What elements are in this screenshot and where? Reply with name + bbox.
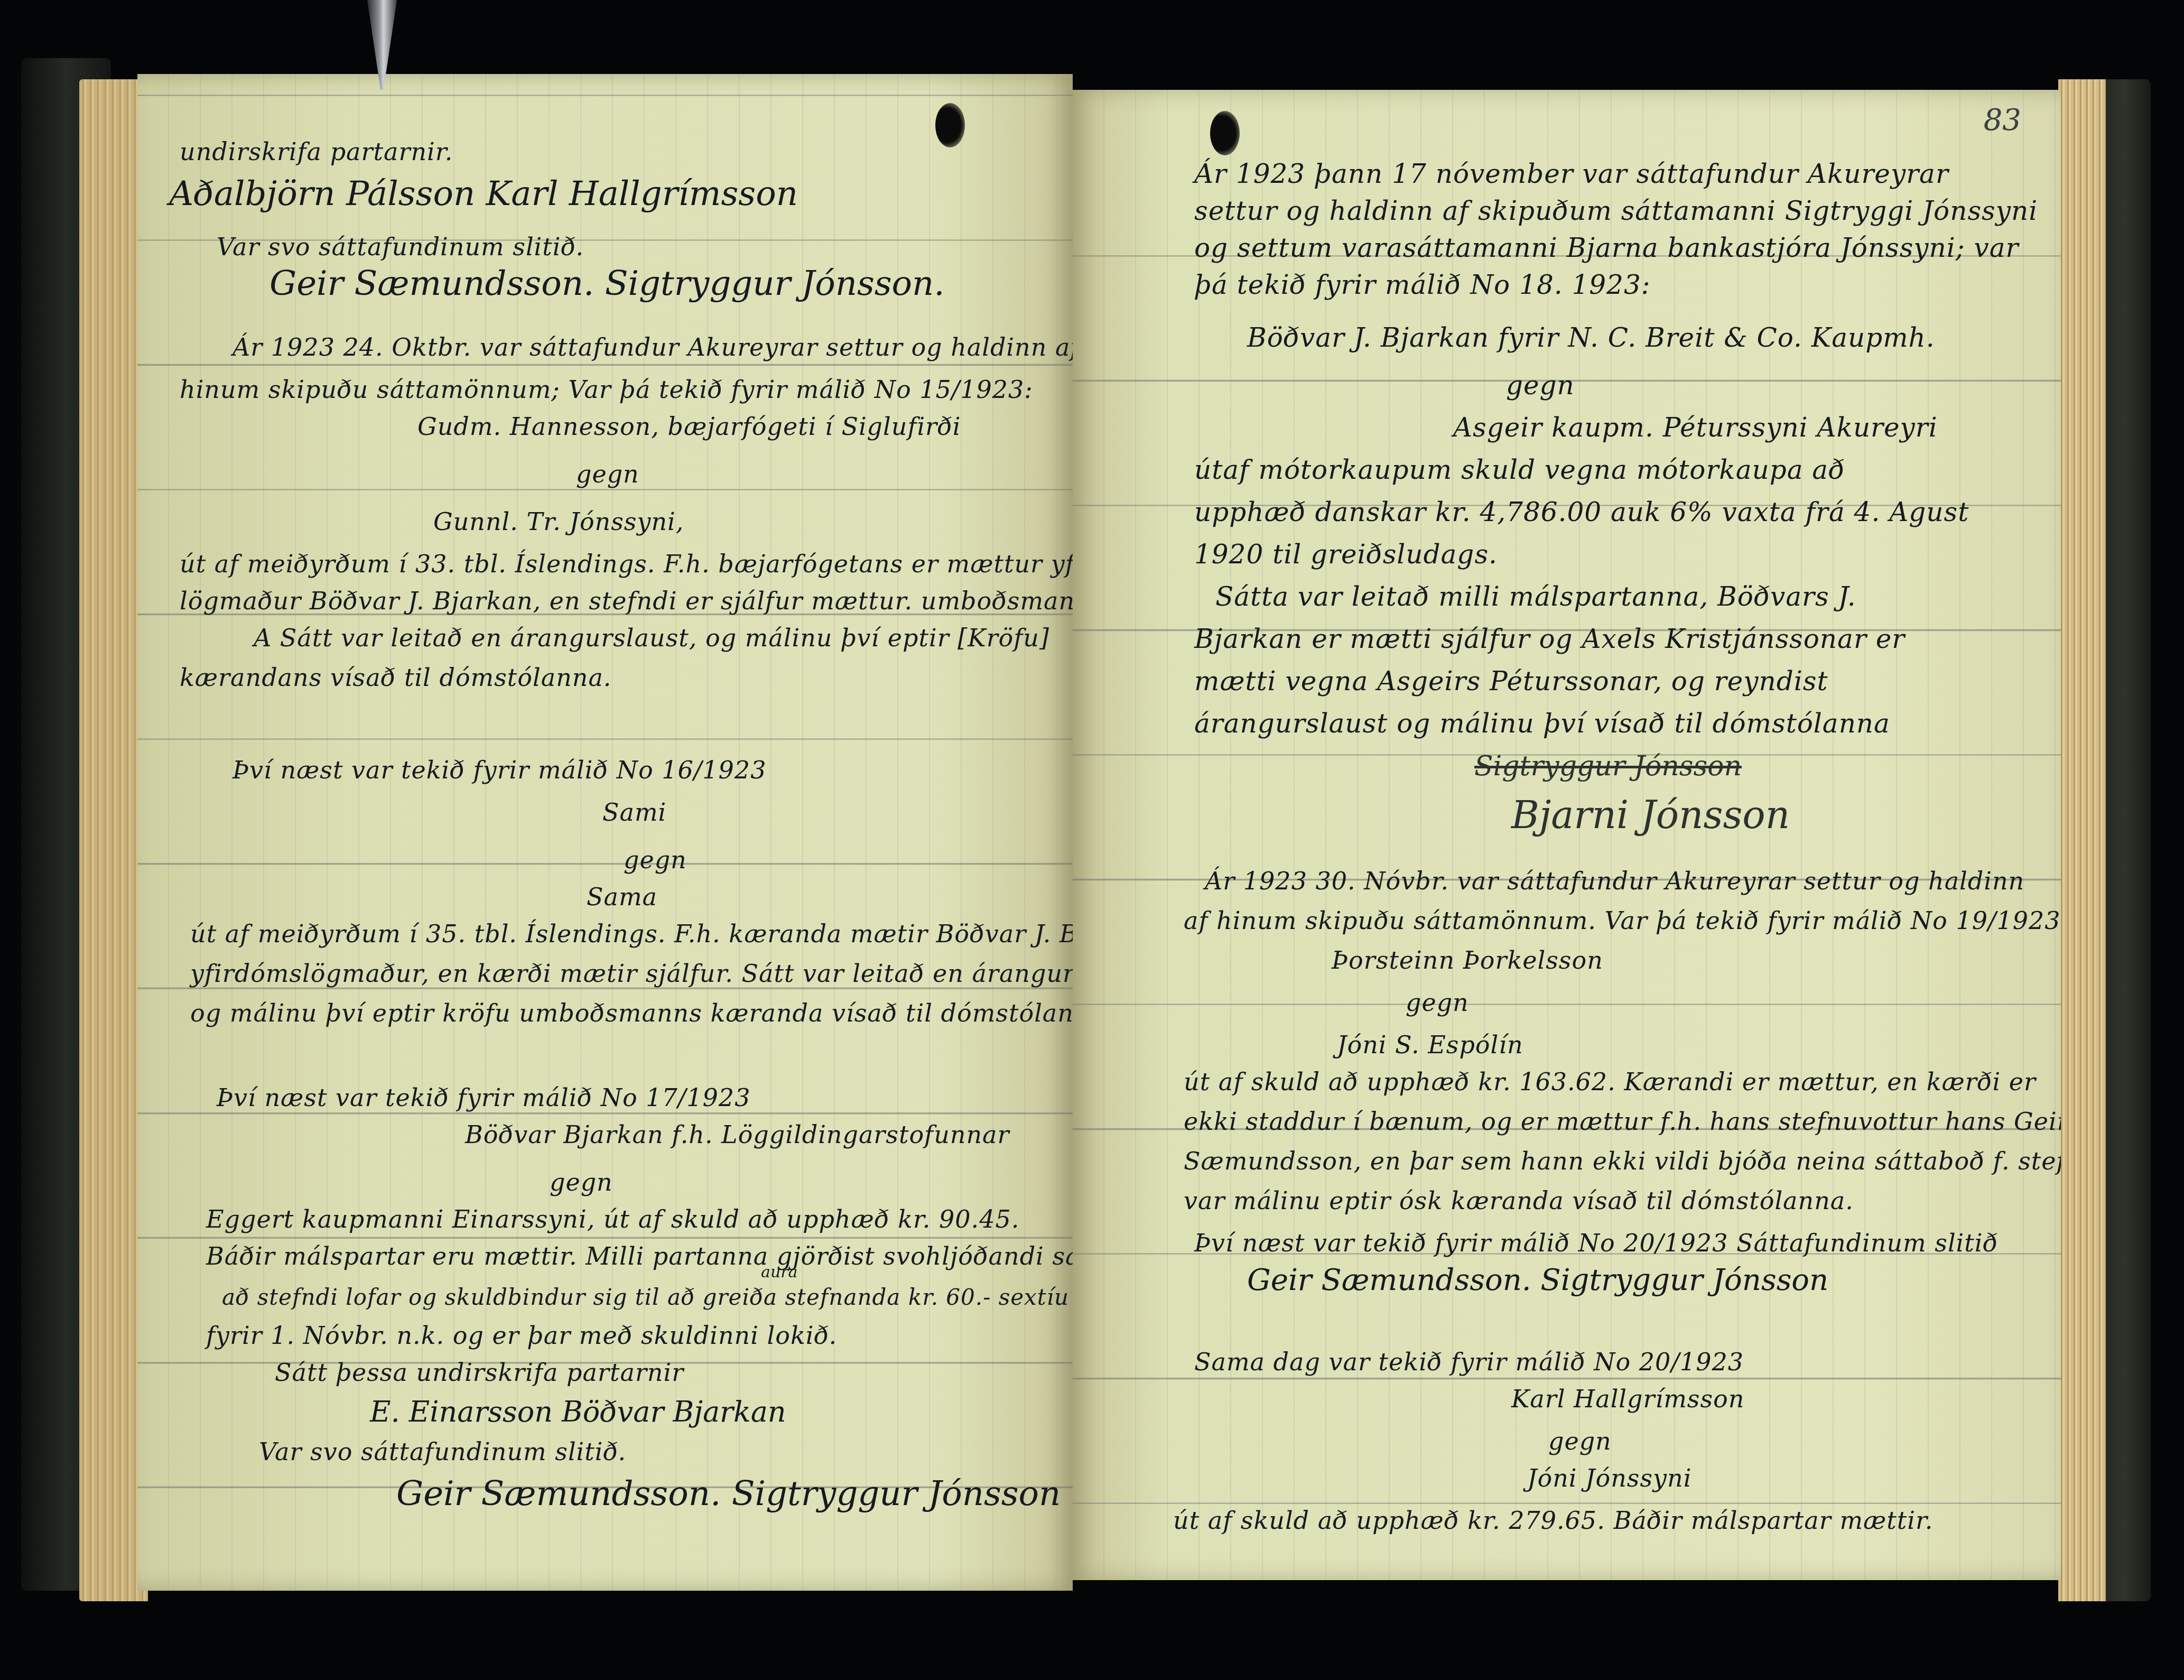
text-line: ekki staddur í bænum, og er mættur f.h. … xyxy=(1184,1107,2061,1136)
text-line: Bjarkan er mætti sjálfur og Axels Kristj… xyxy=(1194,624,1905,654)
text-line: Sami xyxy=(602,798,666,827)
text-line: Böðvar Bjarkan f.h. Löggildingarstofunna… xyxy=(465,1120,1009,1149)
text-line: að stefndi lofar og skuldbindur sig til … xyxy=(222,1284,1073,1310)
text-line: og málinu því eptir kröfu umboðsmanns kæ… xyxy=(190,999,1073,1027)
signature-line: Aðalbjörn Pálsson Karl Hallgrímsson xyxy=(169,174,798,214)
page-number: 83 xyxy=(1984,103,2021,137)
text-line: Þorsteinn Þorkelsson xyxy=(1332,946,1603,974)
signature-struck: Sigtryggur Jónsson xyxy=(1474,750,1742,782)
text-line: Sátt þessa undirskrifa partarnir xyxy=(275,1358,684,1387)
text-line: kærandans vísað til dómstólanna. xyxy=(180,663,611,692)
text-line: Sama xyxy=(587,883,657,911)
text-line: Sátta var leitað milli málspartanna, Böð… xyxy=(1215,581,1856,612)
text-line: af hinum skipuðu sáttamönnum. Var þá tek… xyxy=(1184,906,2061,935)
text-line: A Sátt var leitað en árangurslaust, og m… xyxy=(254,624,1049,652)
text-line: Því næst var tekið fyrir málið No 16/192… xyxy=(233,756,766,784)
right-page: 83 Ár 1923 þann 17 nóvember var sáttafun… xyxy=(1073,90,2061,1580)
text-line: mætti vegna Asgeirs Péturssonar, og reyn… xyxy=(1194,666,1828,697)
signature-line: Geir Sæmundsson. Sigtryggur Jónsson. xyxy=(269,264,945,303)
text-line: út af meiðyrðum í 33. tbl. Íslendings. F… xyxy=(180,550,1073,578)
text-line: Böðvar J. Bjarkan fyrir N. C. Breit & Co… xyxy=(1247,322,1935,353)
signature-line: E. Einarsson Böðvar Bjarkan xyxy=(370,1395,786,1428)
text-line: Gunnl. Tr. Jónssyni, xyxy=(433,507,684,536)
text-line: Karl Hallgrímsson xyxy=(1511,1385,1744,1413)
insertion-note: aura xyxy=(761,1263,797,1282)
text-line: út af meiðyrðum í 35. tbl. Íslendings. F… xyxy=(190,920,1073,948)
text-line: þá tekið fyrir málið No 18. 1923: xyxy=(1194,270,1651,300)
text-line: Var svo sáttafundinum slitið. xyxy=(259,1437,626,1466)
text-line: Ár 1923 þann 17 nóvember var sáttafundur… xyxy=(1194,159,1949,189)
text-line: Jóni S. Espólín xyxy=(1337,1031,1523,1059)
text-line: 1920 til greiðsludags. xyxy=(1194,539,1498,570)
text-line: Sama dag var tekið fyrir málið No 20/192… xyxy=(1194,1348,1744,1376)
text-line: lögmaður Böðvar J. Bjarkan, en stefndi e… xyxy=(180,587,1073,615)
text-line: Sæmundsson, en þar sem hann ekki vildi b… xyxy=(1184,1147,2061,1175)
text-line: gegn xyxy=(576,460,639,488)
text-line: Var svo sáttafundinum slitið. xyxy=(217,233,584,261)
text-line: gegn xyxy=(1406,988,1469,1017)
text-line: Asgeir kaupm. Péturssyni Akureyri xyxy=(1453,412,1938,443)
text-line: gegn xyxy=(550,1168,613,1196)
text-line: gegn xyxy=(1506,370,1575,401)
text-line: hinum skipuðu sáttamönnum; Var þá tekið … xyxy=(180,375,1033,404)
text-line: árangurslaust og málinu því vísað til dó… xyxy=(1194,708,1890,739)
binder-hole xyxy=(1210,111,1240,155)
left-page: undirskrifa partarnir. Aðalbjörn Pálsson… xyxy=(137,74,1073,1591)
text-line: settur og haldinn af skipuðum sáttamanni… xyxy=(1194,196,2038,226)
text-line: Báðir málspartar eru mættir. Milli parta… xyxy=(206,1242,1073,1270)
text-line: gegn xyxy=(1548,1427,1612,1455)
signature-line: Bjarni Jónsson xyxy=(1511,793,1790,837)
text-line-struck: Því næst var tekið fyrir málið No 20/192… xyxy=(1194,1229,1998,1257)
text-line: Jóni Jónssyni xyxy=(1527,1464,1692,1492)
text-line: yfirdómslögmaður, en kærði mætir sjálfur… xyxy=(190,959,1073,988)
text-line: og settum varasáttamanni Bjarna bankastj… xyxy=(1194,233,2019,263)
text-line: Ár 1923 24. Oktbr. var sáttafundur Akure… xyxy=(233,333,1073,361)
text-line: var málinu eptir ósk kæranda vísað til d… xyxy=(1184,1186,1854,1215)
text-line: út af skuld að upphæð kr. 163.62. Kærand… xyxy=(1184,1068,2036,1096)
text-line: undirskrifa partarnir. xyxy=(180,137,453,166)
text-line: fyrir 1. Nóvbr. n.k. og er þar með skuld… xyxy=(206,1321,837,1350)
text-line: gegn xyxy=(624,846,687,874)
text-line: Því næst var tekið fyrir málið No 17/192… xyxy=(217,1083,750,1112)
signature-line: Geir Sæmundsson. Sigtryggur Jónsson xyxy=(396,1474,1061,1514)
binder-hole xyxy=(935,103,965,147)
text-line: út af skuld að upphæð kr. 279.65. Báðir … xyxy=(1173,1506,1933,1535)
text-line: Gudm. Hannesson, bæjarfógeti í Siglufirð… xyxy=(417,412,961,441)
signature-line: Geir Sæmundsson. Sigtryggur Jónsson xyxy=(1247,1263,1828,1297)
page-edges-right xyxy=(2058,79,2106,1601)
text-line: Eggert kaupmanni Einarssyni, út af skuld… xyxy=(206,1205,1019,1233)
text-line: útaf mótorkaupum skuld vegna mótorkaupa … xyxy=(1194,454,1845,485)
book-cover-right xyxy=(2098,79,2151,1601)
text-line: Ár 1923 30. Nóvbr. var sáttafundur Akure… xyxy=(1205,867,2024,895)
text-line: upphæð danskar kr. 4,786.00 auk 6% vaxta… xyxy=(1194,497,1969,527)
